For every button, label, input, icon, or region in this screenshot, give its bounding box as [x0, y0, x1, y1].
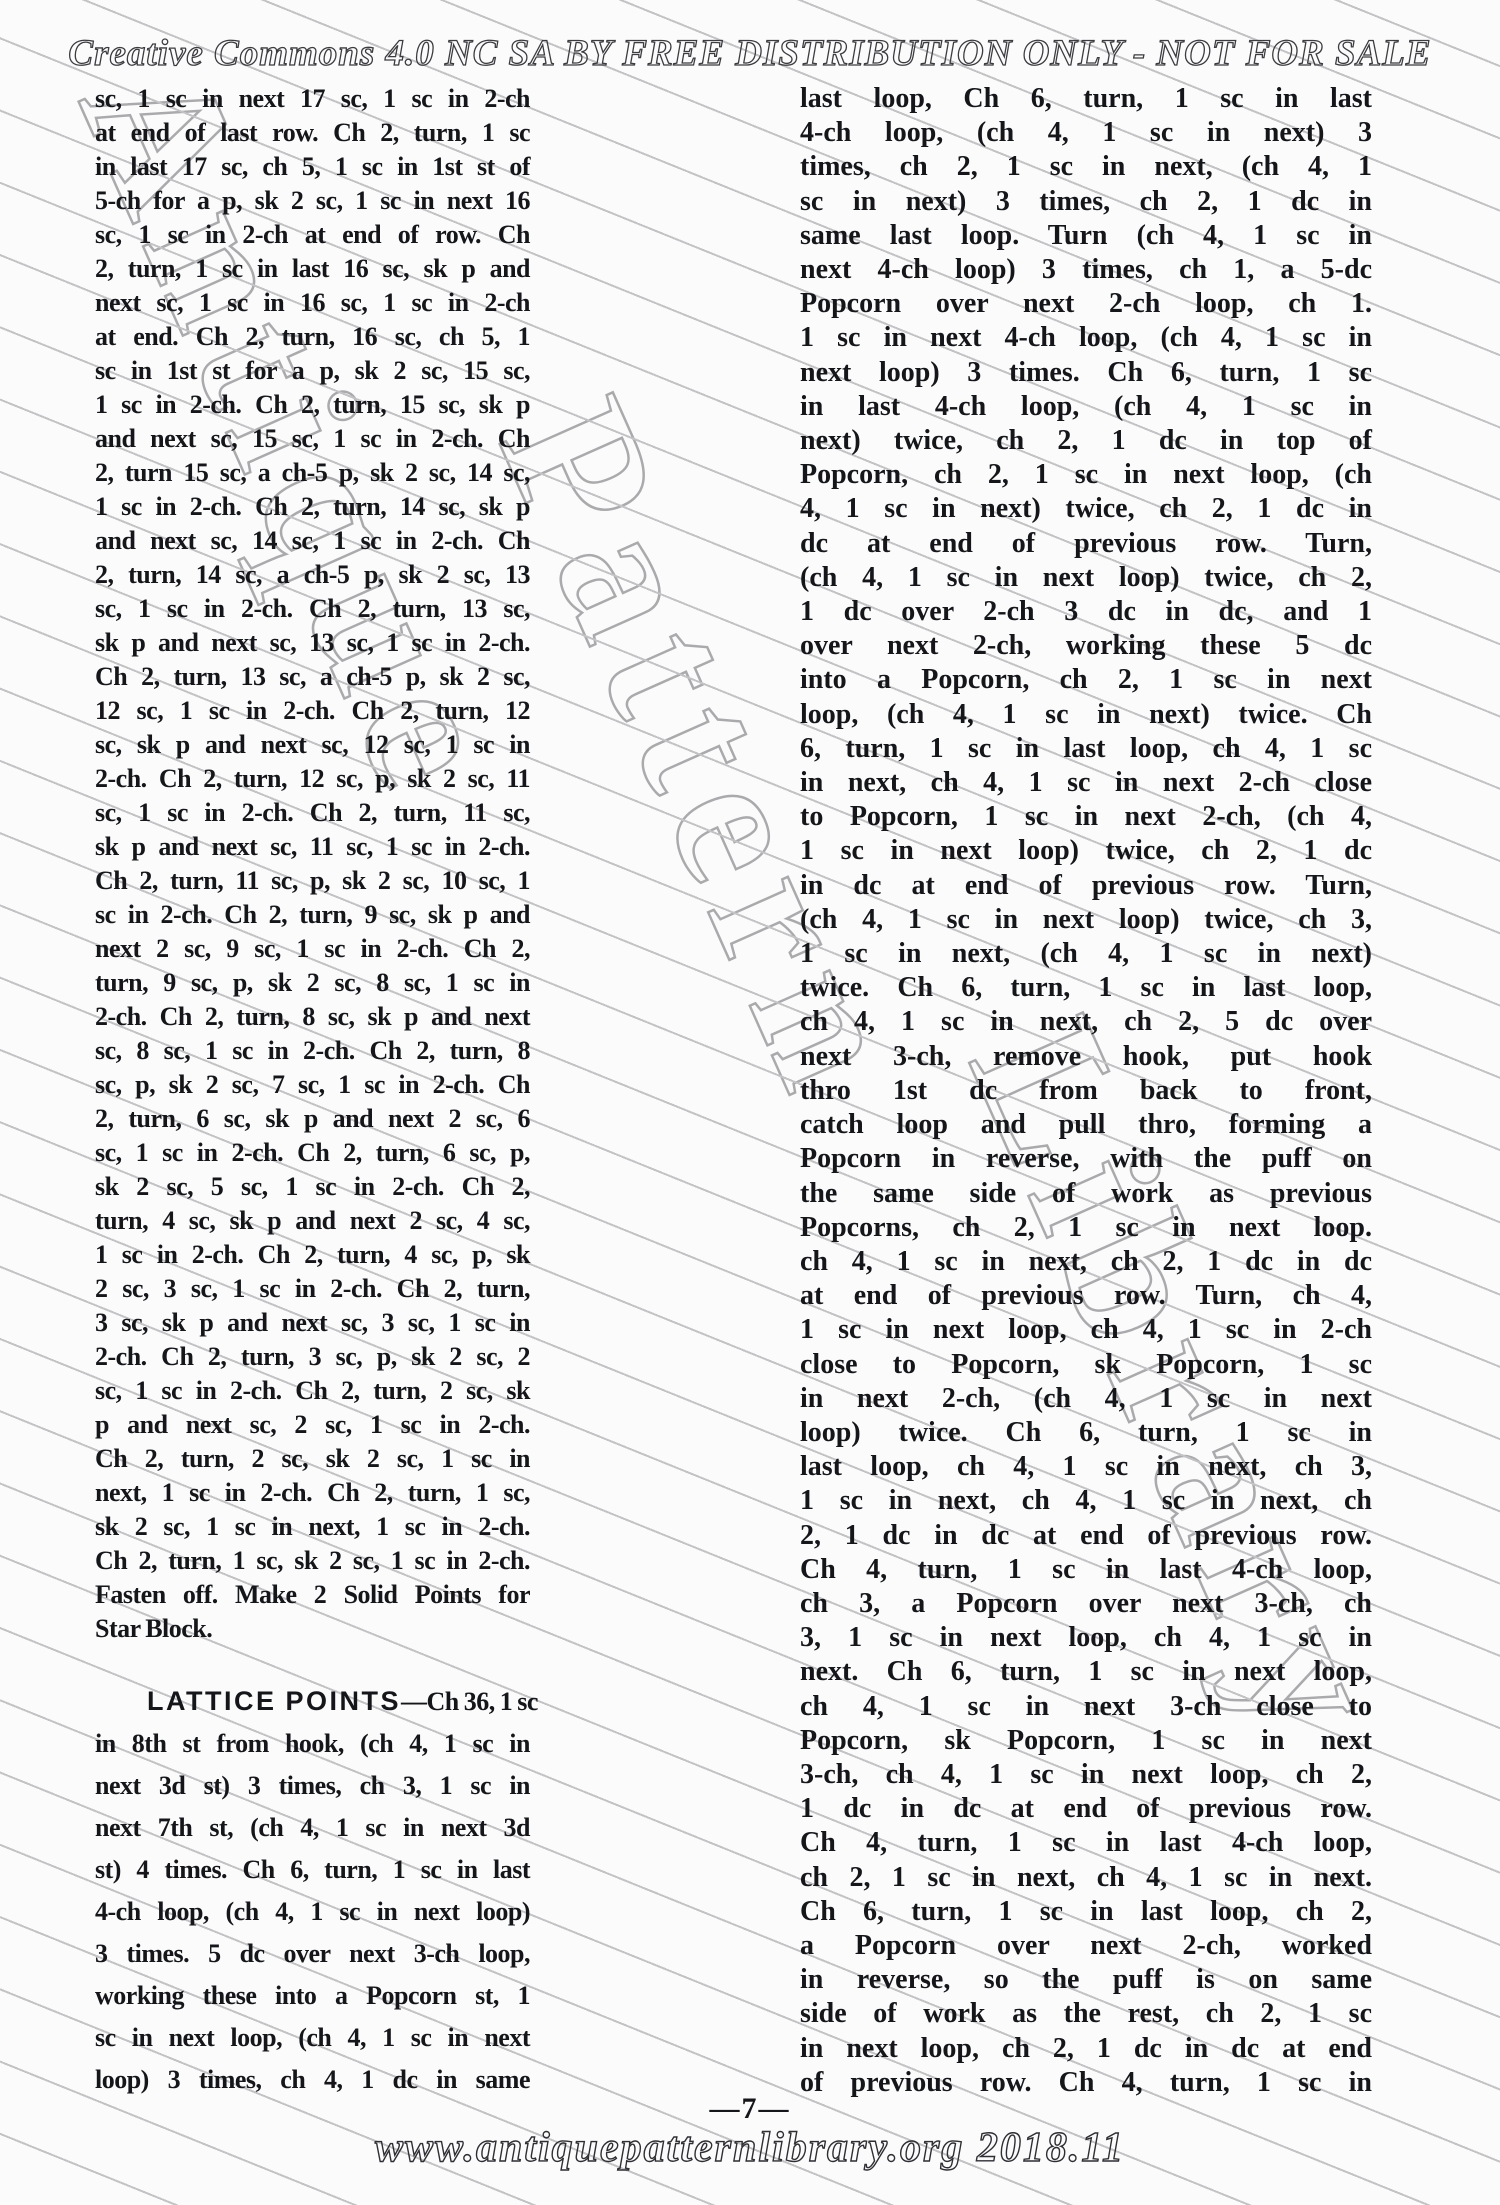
text-line: sc in 2-ch. Ch 2, turn, 9 sc, sk p and — [95, 898, 530, 932]
text-line: (ch 4, 1 sc in next loop) twice, ch 2, — [800, 561, 1372, 595]
text-line: twice. Ch 6, turn, 1 sc in last loop, — [800, 971, 1372, 1005]
text-line: working these into a Popcorn st, 1 — [95, 1975, 530, 2017]
text-line: sc in next loop, (ch 4, 1 sc in next — [95, 2017, 530, 2059]
text-line: in dc at end of previous row. Turn, — [800, 869, 1372, 903]
text-line: and next sc, 15 sc, 1 sc in 2-ch. Ch — [95, 422, 530, 456]
text-line: 1 dc in dc at end of previous row. — [800, 1792, 1372, 1826]
text-line: sk p and next sc, 13 sc, 1 sc in 2-ch. — [95, 626, 530, 660]
text-line: 2, turn, 14 sc, a ch-5 p, sk 2 sc, 13 — [95, 558, 530, 592]
text-line: Ch 6, turn, 1 sc in last loop, ch 2, — [800, 1895, 1372, 1929]
text-line: next 2 sc, 9 sc, 1 sc in 2-ch. Ch 2, — [95, 932, 530, 966]
text-line: last loop, ch 4, 1 sc in next, ch 3, — [800, 1450, 1372, 1484]
left-text-column: sc, 1 sc in next 17 sc, 1 sc in 2-chat e… — [95, 82, 530, 2101]
text-line: ch 2, 1 sc in next, ch 4, 1 sc in next. — [800, 1861, 1372, 1895]
scanned-document-page: { "page": { "header": "Creative Commons … — [0, 0, 1500, 2205]
text-line: next) twice, ch 2, 1 dc in top of — [800, 424, 1372, 458]
text-line: 1 sc in next loop, ch 4, 1 sc in 2-ch — [800, 1313, 1372, 1347]
text-line: 2, turn, 1 sc in last 16 sc, sk p and — [95, 252, 530, 286]
text-line: 1 sc in next 4-ch loop, (ch 4, 1 sc in — [800, 321, 1372, 355]
text-line: sc, 1 sc in 2-ch. Ch 2, turn, 2 sc, sk — [95, 1374, 530, 1408]
text-line: 1 dc over 2-ch 3 dc in dc, and 1 — [800, 595, 1372, 629]
text-line: 3 times. 5 dc over next 3-ch loop, — [95, 1933, 530, 1975]
page-number: —7— — [0, 2092, 1500, 2126]
text-line: 2-ch. Ch 2, turn, 3 sc, p, sk 2 sc, 2 — [95, 1340, 530, 1374]
section-heading-line: LATTICE POINTS—Ch 36, 1 sc — [95, 1680, 530, 1723]
text-line: sk p and next sc, 11 sc, 1 sc in 2-ch. — [95, 830, 530, 864]
text-line: over next 2-ch, working these 5 dc — [800, 629, 1372, 663]
text-line: Popcorn, sk Popcorn, 1 sc in next — [800, 1724, 1372, 1758]
text-line: Ch 4, turn, 1 sc in last 4-ch loop, — [800, 1553, 1372, 1587]
text-line: 2-ch. Ch 2, turn, 12 sc, p, sk 2 sc, 11 — [95, 762, 530, 796]
text-line: turn, 9 sc, p, sk 2 sc, 8 sc, 1 sc in — [95, 966, 530, 1000]
text-line: next sc, 1 sc in 16 sc, 1 sc in 2-ch — [95, 286, 530, 320]
text-line: 1 sc in 2-ch. Ch 2, turn, 14 sc, sk p — [95, 490, 530, 524]
text-line: st) 4 times. Ch 6, turn, 1 sc in last — [95, 1849, 530, 1891]
text-line: ch 4, 1 sc in next 3-ch close to — [800, 1690, 1372, 1724]
right-column-paragraph: last loop, Ch 6, turn, 1 sc in last4-ch … — [800, 82, 1372, 2100]
text-line: loop, (ch 4, 1 sc in next) twice. Ch — [800, 698, 1372, 732]
text-line: loop) twice. Ch 6, turn, 1 sc in — [800, 1416, 1372, 1450]
text-line: 2, 1 dc in dc at end of previous row. — [800, 1519, 1372, 1553]
text-line: ch 4, 1 sc in next, ch 2, 1 dc in dc — [800, 1245, 1372, 1279]
text-line: 1 sc in next, ch 4, 1 sc in next, ch — [800, 1484, 1372, 1518]
text-line: 3, 1 sc in next loop, ch 4, 1 sc in — [800, 1621, 1372, 1655]
text-line: dc at end of previous row. Turn, — [800, 527, 1372, 561]
text-line: next 3-ch, remove hook, put hook — [800, 1040, 1372, 1074]
text-line: 3-ch, ch 4, 1 sc in next loop, ch 2, — [800, 1758, 1372, 1792]
text-line: catch loop and pull thro, forming a — [800, 1108, 1372, 1142]
text-line: sc, 8 sc, 1 sc in 2-ch. Ch 2, turn, 8 — [95, 1034, 530, 1068]
text-line: in last 17 sc, ch 5, 1 sc in 1st st of — [95, 150, 530, 184]
text-line: times, ch 2, 1 sc in next, (ch 4, 1 — [800, 150, 1372, 184]
text-line: thro 1st dc from back to front, — [800, 1074, 1372, 1108]
text-line: Popcorn, ch 2, 1 sc in next loop, (ch — [800, 458, 1372, 492]
text-line: next 4-ch loop) 3 times, ch 1, a 5-dc — [800, 253, 1372, 287]
text-line: 1 sc in 2-ch. Ch 2, turn, 15 sc, sk p — [95, 388, 530, 422]
text-line: 5-ch for a p, sk 2 sc, 1 sc in next 16 — [95, 184, 530, 218]
text-line: sc, 1 sc in 2-ch. Ch 2, turn, 6 sc, p, — [95, 1136, 530, 1170]
text-line: 4, 1 sc in next) twice, ch 2, 1 dc in — [800, 492, 1372, 526]
solid-points-paragraph: sc, 1 sc in next 17 sc, 1 sc in 2-chat e… — [95, 82, 530, 1646]
text-line: Ch 2, turn, 2 sc, sk 2 sc, 1 sc in — [95, 1442, 530, 1476]
text-line: 1 sc in next loop) twice, ch 2, 1 dc — [800, 834, 1372, 868]
lattice-points-paragraph: in 8th st from hook, (ch 4, 1 sc innext … — [95, 1723, 530, 2101]
section-gap — [95, 1646, 530, 1680]
license-header: Creative Commons 4.0 NC SA BY FREE DISTR… — [0, 32, 1500, 75]
text-line: same last loop. Turn (ch 4, 1 sc in — [800, 219, 1372, 253]
text-line: 2-ch. Ch 2, turn, 8 sc, sk p and next — [95, 1000, 530, 1034]
text-line: in last 4-ch loop, (ch 4, 1 sc in — [800, 390, 1372, 424]
text-line: 1 sc in next, (ch 4, 1 sc in next) — [800, 937, 1372, 971]
text-line: at end of previous row. Turn, ch 4, — [800, 1279, 1372, 1313]
text-line: sc, 1 sc in 2-ch. Ch 2, turn, 13 sc, — [95, 592, 530, 626]
text-line: (ch 4, 1 sc in next loop) twice, ch 3, — [800, 903, 1372, 937]
footer-source-line: www.antiquepatternlibrary.org 2018.11 — [0, 2124, 1500, 2172]
text-line: 2 sc, 3 sc, 1 sc in 2-ch. Ch 2, turn, — [95, 1272, 530, 1306]
text-line: Ch 2, turn, 13 sc, a ch-5 p, sk 2 sc, — [95, 660, 530, 694]
text-line: 1 sc in 2-ch. Ch 2, turn, 4 sc, p, sk — [95, 1238, 530, 1272]
text-line: 4-ch loop, (ch 4, 1 sc in next) 3 — [800, 116, 1372, 150]
section-heading-rest: —Ch 36, 1 sc — [401, 1687, 538, 1716]
text-line: 2, turn 15 sc, a ch-5 p, sk 2 sc, 14 sc, — [95, 456, 530, 490]
text-line: Fasten off. Make 2 Solid Points for — [95, 1578, 530, 1612]
text-line: in 8th st from hook, (ch 4, 1 sc in — [95, 1723, 530, 1765]
text-line: 4-ch loop, (ch 4, 1 sc in next loop) — [95, 1891, 530, 1933]
text-line: in reverse, so the puff is on same — [800, 1963, 1372, 1997]
text-line: Star Block. — [95, 1612, 530, 1646]
text-line: Popcorn over next 2-ch loop, ch 1. — [800, 287, 1372, 321]
text-line: in next loop, ch 2, 1 dc in dc at end — [800, 2032, 1372, 2066]
text-line: sc in 1st st for a p, sk 2 sc, 15 sc, — [95, 354, 530, 388]
text-line: Ch 2, turn, 11 sc, p, sk 2 sc, 10 sc, 1 — [95, 864, 530, 898]
lattice-points-section: LATTICE POINTS—Ch 36, 1 sc in 8th st fro… — [95, 1680, 530, 2101]
text-line: p and next sc, 2 sc, 1 sc in 2-ch. — [95, 1408, 530, 1442]
text-line: at end of last row. Ch 2, turn, 1 sc — [95, 116, 530, 150]
text-line: ch 4, 1 sc in next, ch 2, 5 dc over — [800, 1005, 1372, 1039]
text-line: sc in next) 3 times, ch 2, 1 dc in — [800, 185, 1372, 219]
text-line: turn, 4 sc, sk p and next 2 sc, 4 sc, — [95, 1204, 530, 1238]
text-line: 6, turn, 1 sc in last loop, ch 4, 1 sc — [800, 732, 1372, 766]
text-line: sk 2 sc, 1 sc in next, 1 sc in 2-ch. — [95, 1510, 530, 1544]
text-line: sk 2 sc, 5 sc, 1 sc in 2-ch. Ch 2, — [95, 1170, 530, 1204]
text-line: side of work as the rest, ch 2, 1 sc — [800, 1997, 1372, 2031]
text-line: next loop) 3 times. Ch 6, turn, 1 sc — [800, 356, 1372, 390]
text-line: in next, ch 4, 1 sc in next 2-ch close — [800, 766, 1372, 800]
text-line: Ch 4, turn, 1 sc in last 4-ch loop, — [800, 1826, 1372, 1860]
text-line: sc, p, sk 2 sc, 7 sc, 1 sc in 2-ch. Ch — [95, 1068, 530, 1102]
text-line: sc, sk p and next sc, 12 sc, 1 sc in — [95, 728, 530, 762]
text-line: next 7th st, (ch 4, 1 sc in next 3d — [95, 1807, 530, 1849]
text-line: a Popcorn over next 2-ch, worked — [800, 1929, 1372, 1963]
text-line: Popcorns, ch 2, 1 sc in next loop. — [800, 1211, 1372, 1245]
text-line: sc, 1 sc in next 17 sc, 1 sc in 2-ch — [95, 82, 530, 116]
text-line: at end. Ch 2, turn, 16 sc, ch 5, 1 — [95, 320, 530, 354]
text-line: next, 1 sc in 2-ch. Ch 2, turn, 1 sc, — [95, 1476, 530, 1510]
text-line: next. Ch 6, turn, 1 sc in next loop, — [800, 1655, 1372, 1689]
text-line: next 3d st) 3 times, ch 3, 1 sc in — [95, 1765, 530, 1807]
right-text-column: last loop, Ch 6, turn, 1 sc in last4-ch … — [800, 82, 1372, 2100]
text-line: into a Popcorn, ch 2, 1 sc in next — [800, 663, 1372, 697]
text-line: ch 3, a Popcorn over next 3-ch, ch — [800, 1587, 1372, 1621]
text-line: Ch 2, turn, 1 sc, sk 2 sc, 1 sc in 2-ch. — [95, 1544, 530, 1578]
text-line: to Popcorn, 1 sc in next 2-ch, (ch 4, — [800, 800, 1372, 834]
text-line: the same side of work as previous — [800, 1177, 1372, 1211]
section-heading: LATTICE POINTS — [147, 1686, 401, 1716]
text-line: sc, 1 sc in 2-ch. Ch 2, turn, 11 sc, — [95, 796, 530, 830]
text-line: 2, turn, 6 sc, sk p and next 2 sc, 6 — [95, 1102, 530, 1136]
text-line: close to Popcorn, sk Popcorn, 1 sc — [800, 1348, 1372, 1382]
text-line: Popcorn in reverse, with the puff on — [800, 1142, 1372, 1176]
text-line: 3 sc, sk p and next sc, 3 sc, 1 sc in — [95, 1306, 530, 1340]
text-line: last loop, Ch 6, turn, 1 sc in last — [800, 82, 1372, 116]
text-line: sc, 1 sc in 2-ch at end of row. Ch — [95, 218, 530, 252]
text-line: in next 2-ch, (ch 4, 1 sc in next — [800, 1382, 1372, 1416]
text-line: 12 sc, 1 sc in 2-ch. Ch 2, turn, 12 — [95, 694, 530, 728]
text-line: and next sc, 14 sc, 1 sc in 2-ch. Ch — [95, 524, 530, 558]
